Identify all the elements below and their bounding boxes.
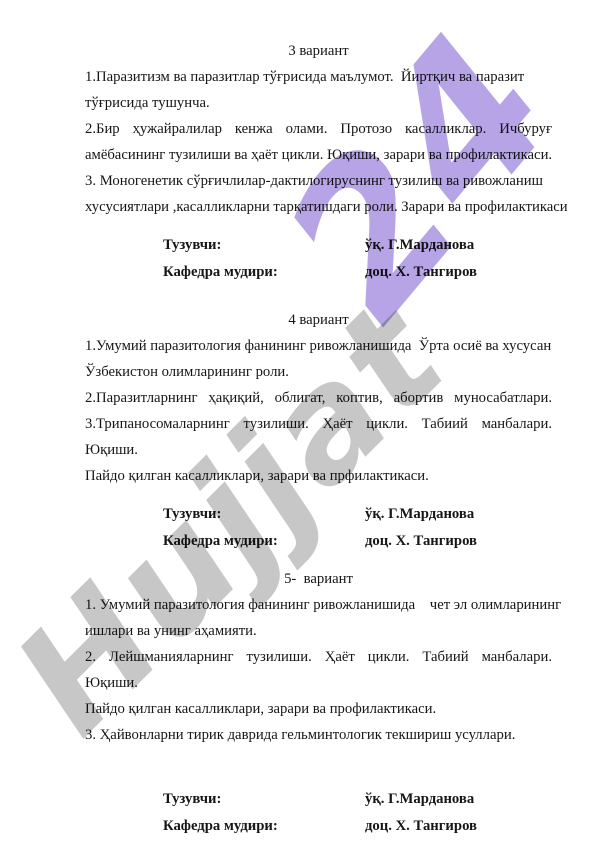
variant-block: 4 вариант1.Умумий паразитология фанининг… (85, 307, 552, 554)
signature-value: доц. Х. Тангиров (365, 528, 477, 555)
text-line: 1.Умумий паразитология фанининг ривожлан… (85, 333, 552, 359)
text-line: 2. Лейшманияларнинг тузилиши. Ҳаёт цикли… (85, 644, 552, 696)
text-line: Пайдо қилган касалликлари, зарари ва прф… (85, 463, 552, 489)
paragraph: 3. Ҳайвонларни тирик даврида гельминтоло… (85, 722, 552, 748)
signature-row: Кафедра мудири:доц. Х. Тангиров (85, 528, 552, 555)
text-line: 3. Моногенетик сўрғичлилар-дактилогирусн… (85, 168, 552, 194)
signature-label: Кафедра мудири: (163, 259, 365, 286)
signature-value: доц. Х. Тангиров (365, 813, 477, 840)
text-line: 2.Паразитларнинг ҳақиқий, облигат, копти… (85, 385, 552, 411)
text-line: 3. Ҳайвонларни тирик даврида гельминтоло… (85, 722, 552, 748)
text-line: хусусиятлари ,касалликларни тарқатишдаги… (85, 194, 552, 220)
text-line: 1.Паразитизм ва паразитлар тўғрисида маъ… (85, 64, 552, 90)
signature-row: Тузувчи:ўқ. Г.Марданова (85, 786, 552, 813)
variant-heading: 3 вариант (85, 38, 552, 64)
signature-block: Тузувчи:ўқ. Г.МардановаКафедра мудири:до… (85, 786, 552, 839)
signature-row: Кафедра мудири:доц. Х. Тангиров (85, 813, 552, 840)
signature-block: Тузувчи:ўқ. Г.МардановаКафедра мудири:до… (85, 501, 552, 554)
variant-block: 5- вариант1. Умумий паразитология фанини… (85, 566, 552, 839)
text-line: 2.Бир ҳужайралилар кенжа олами. Протозо … (85, 116, 552, 142)
signature-value: ўқ. Г.Марданова (365, 786, 474, 813)
text-line: ишлари ва унинг аҳамияти. (85, 618, 552, 644)
paragraph: 2.Бир ҳужайралилар кенжа олами. Протозо … (85, 116, 552, 168)
paragraph: 1.Умумий паразитология фанининг ривожлан… (85, 333, 552, 385)
variant-block: 3 вариант1.Паразитизм ва паразитлар тўғр… (85, 38, 552, 285)
paragraph: 1.Паразитизм ва паразитлар тўғрисида маъ… (85, 64, 552, 116)
variant-heading: 5- вариант (85, 566, 552, 592)
text-line: амёбасининг тузилиши ва ҳаёт цикли. Юқиш… (85, 142, 552, 168)
signature-row: Тузувчи:ўқ. Г.Марданова (85, 232, 552, 259)
signature-label: Кафедра мудири: (163, 813, 365, 840)
text-line: 1. Умумий паразитология фанининг ривожла… (85, 592, 552, 618)
text-line: Пайдо қилган касалликлари, зарари ва про… (85, 696, 552, 722)
signature-row: Тузувчи:ўқ. Г.Марданова (85, 501, 552, 528)
signature-label: Тузувчи: (163, 501, 365, 528)
document-page: 3 вариант1.Паразитизм ва паразитлар тўғр… (0, 0, 596, 842)
paragraph: 1. Умумий паразитология фанининг ривожла… (85, 592, 552, 644)
paragraph: 2.Паразитларнинг ҳақиқий, облигат, копти… (85, 385, 552, 411)
signature-row: Кафедра мудири:доц. Х. Тангиров (85, 259, 552, 286)
paragraph: 3. Моногенетик сўрғичлилар-дактилогирусн… (85, 168, 552, 220)
text-line: тўғрисида тушунча. (85, 90, 552, 116)
signature-value: доц. Х. Тангиров (365, 259, 477, 286)
signature-label: Тузувчи: (163, 786, 365, 813)
signature-label: Тузувчи: (163, 232, 365, 259)
signature-value: ўқ. Г.Марданова (365, 501, 474, 528)
text-line: 3.Трипаносомаларнинг тузилиши. Ҳаёт цикл… (85, 411, 552, 463)
paragraph: 2. Лейшманияларнинг тузилиши. Ҳаёт цикли… (85, 644, 552, 722)
signature-value: ўқ. Г.Марданова (365, 232, 474, 259)
text-line: Ўзбекистон олимларининг роли. (85, 359, 552, 385)
signature-block: Тузувчи:ўқ. Г.МардановаКафедра мудири:до… (85, 232, 552, 285)
signature-label: Кафедра мудири: (163, 528, 365, 555)
paragraph: 3.Трипаносомаларнинг тузилиши. Ҳаёт цикл… (85, 411, 552, 489)
variant-heading: 4 вариант (85, 307, 552, 333)
document-content: 3 вариант1.Паразитизм ва паразитлар тўғр… (85, 38, 552, 839)
